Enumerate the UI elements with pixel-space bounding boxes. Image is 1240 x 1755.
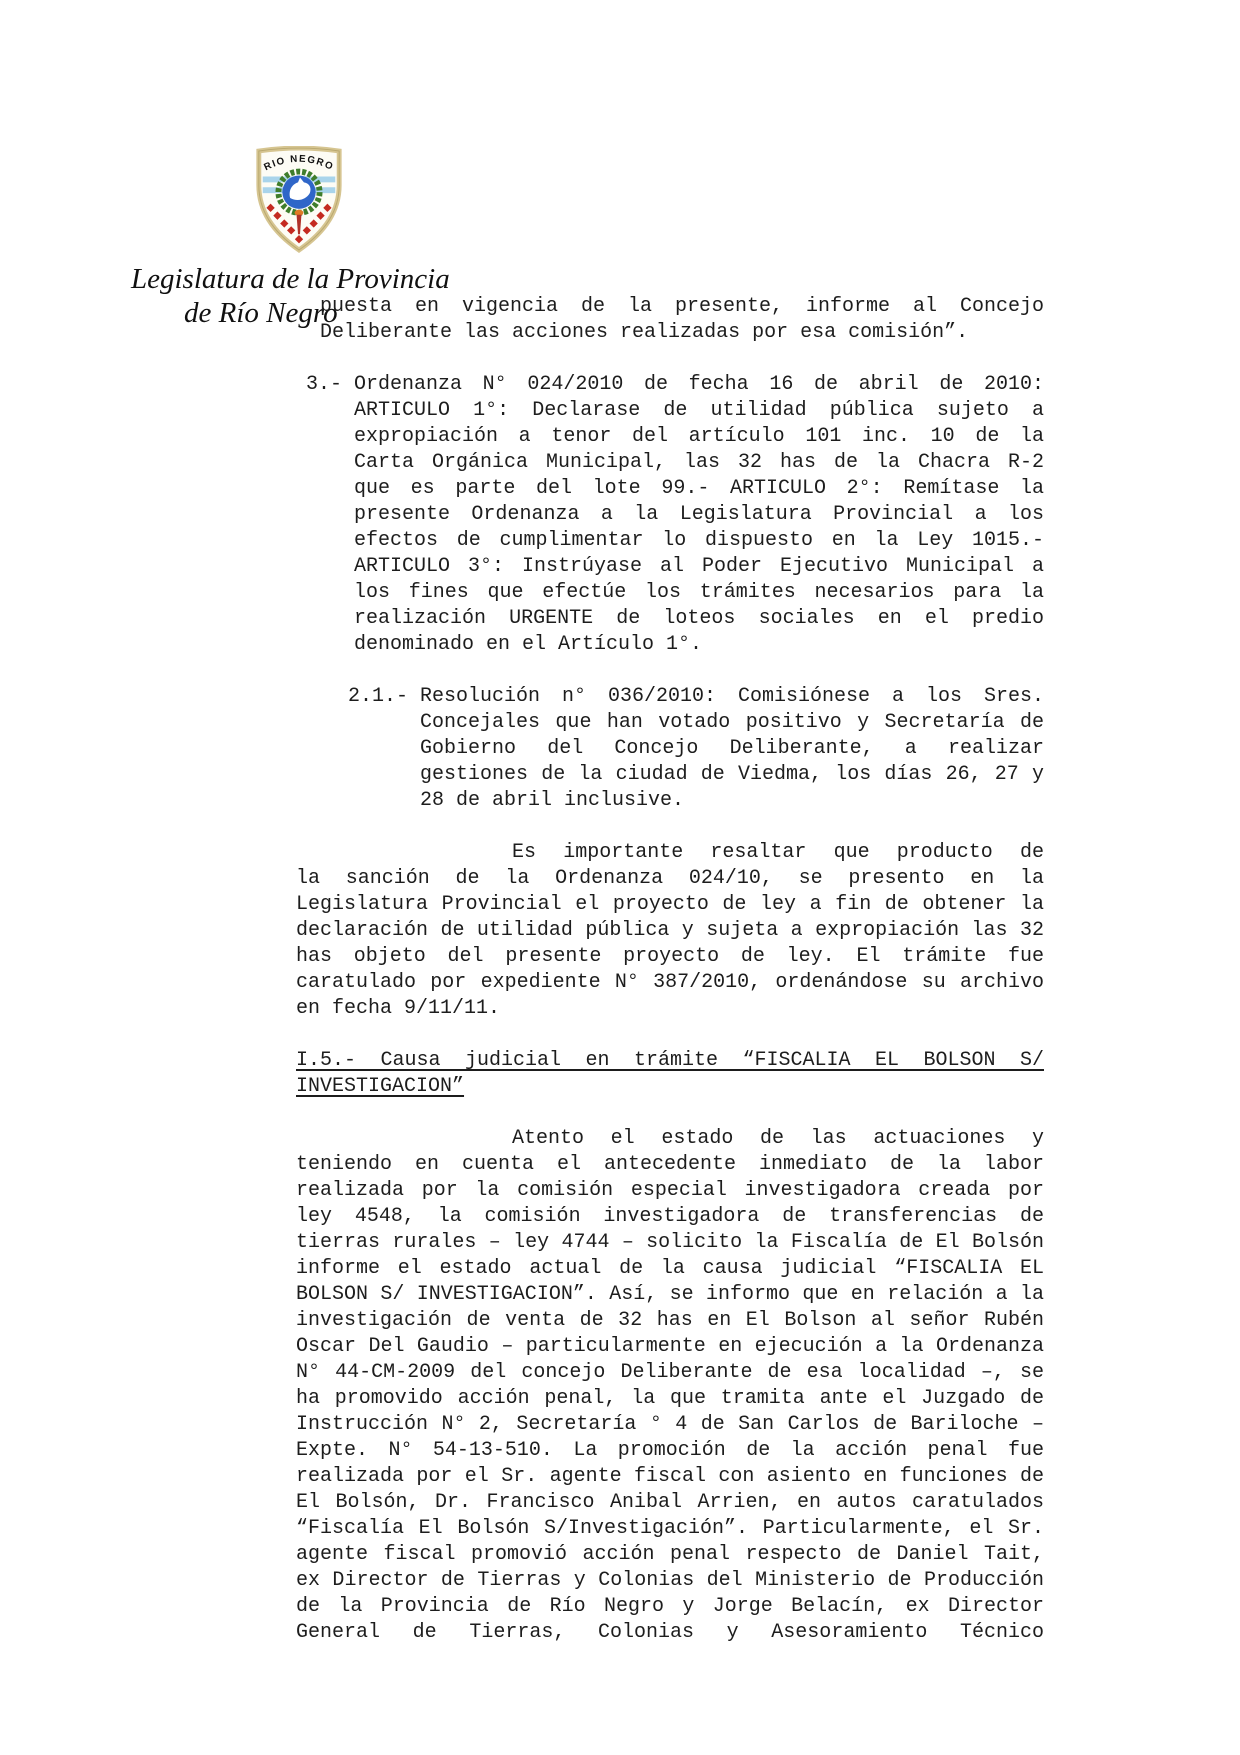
text-line: teniendo en cuenta el antecedente inmedi… <box>296 1152 1044 1178</box>
text-line: Deliberante las acciones realizadas por … <box>320 320 1044 346</box>
text-line: “Fiscalía El Bolsón S/Investigación”. Pa… <box>296 1516 1044 1542</box>
text-line: N° 44-CM-2009 del concejo Deliberante de… <box>296 1360 1044 1386</box>
ordinance-item-3: 3.-Ordenanza N° 024/2010 de fecha 16 de … <box>306 372 1044 658</box>
text-line: Carta Orgánica Municipal, las 32 has de … <box>354 450 1044 476</box>
rio-negro-shield-logo: RIO NEGRO <box>250 146 348 254</box>
text-line: Es importante resaltar que producto de <box>296 840 1044 866</box>
text-line: puesta en vigencia de la presente, infor… <box>320 294 1044 320</box>
text-line: ARTICULO 3°: Instrúyase al Poder Ejecuti… <box>354 554 1044 580</box>
text-line: Expte. N° 54-13-510. La promoción de la … <box>296 1438 1044 1464</box>
document-page: RIO NEGRO Legi <box>0 0 1240 1755</box>
text-line: General de Tierras, Colonias y Asesorami… <box>296 1620 1044 1646</box>
list-marker: 2.1.- <box>348 684 408 710</box>
text-line: expropiación a tenor del artículo 101 in… <box>354 424 1044 450</box>
list-marker: 3.- <box>306 372 342 398</box>
text-line: I.5.- Causa judicial en trámite “FISCALI… <box>296 1048 1044 1074</box>
text-line: efectos de cumplimentar lo dispuesto en … <box>354 528 1044 554</box>
text-line: informe el estado actual de la causa jud… <box>296 1256 1044 1282</box>
text-line: caratulado por expediente N° 387/2010, o… <box>296 970 1044 996</box>
text-line: de la Provincia de Río Negro y Jorge Bel… <box>296 1594 1044 1620</box>
org-name-line1: Legislatura de la Provincia <box>131 263 450 296</box>
text-line: ex Director de Tierras y Colonias del Mi… <box>296 1568 1044 1594</box>
resolution-item-2-1: 2.1.-Resolución n° 036/2010: Comisiónese… <box>348 684 1044 814</box>
text-line: Ordenanza N° 024/2010 de fecha 16 de abr… <box>354 372 1044 398</box>
text-line: 28 de abril inclusive. <box>420 788 1044 814</box>
text-line: realizada por el Sr. agente fiscal con a… <box>296 1464 1044 1490</box>
text-line: declaración de utilidad pública y sujeta… <box>296 918 1044 944</box>
section-heading-i5: I.5.- Causa judicial en trámite “FISCALI… <box>296 1048 1044 1100</box>
continuation-paragraph: puesta en vigencia de la presente, infor… <box>296 294 1044 346</box>
document-body: puesta en vigencia de la presente, infor… <box>296 294 1044 1646</box>
text-line: presente Ordenanza a la Legislatura Prov… <box>354 502 1044 528</box>
text-line: Concejales que han votado positivo y Sec… <box>420 710 1044 736</box>
text-line: denominado en el Artículo 1°. <box>354 632 1044 658</box>
body-paragraph-causa-judicial: Atento el estado de las actuaciones yten… <box>296 1126 1044 1646</box>
text-line: ha promovido acción penal, la que tramit… <box>296 1386 1044 1412</box>
text-line: El Bolsón, Dr. Francisco Anibal Arrien, … <box>296 1490 1044 1516</box>
text-line: Legislatura Provincial el proyecto de le… <box>296 892 1044 918</box>
text-line: la sanción de la Ordenanza 024/10, se pr… <box>296 866 1044 892</box>
text-line: tierras rurales – ley 4744 – solicito la… <box>296 1230 1044 1256</box>
text-line: realización URGENTE de loteos sociales e… <box>354 606 1044 632</box>
text-line: que es parte del lote 99.- ARTICULO 2°: … <box>354 476 1044 502</box>
text-line: ARTICULO 1°: Declarase de utilidad públi… <box>354 398 1044 424</box>
body-paragraph-ordenanza: Es importante resaltar que producto dela… <box>296 840 1044 1022</box>
text-line: Instrucción N° 2, Secretaría ° 4 de San … <box>296 1412 1044 1438</box>
text-line: INVESTIGACION” <box>296 1074 464 1100</box>
text-line: gestiones de la ciudad de Viedma, los dí… <box>420 762 1044 788</box>
shield-icon: RIO NEGRO <box>250 146 348 254</box>
text-line: ley 4548, la comisión investigadora de t… <box>296 1204 1044 1230</box>
text-line: en fecha 9/11/11. <box>296 996 1044 1022</box>
text-line: Gobierno del Concejo Deliberante, a real… <box>420 736 1044 762</box>
text-line: BOLSON S/ INVESTIGACION”. Así, se inform… <box>296 1282 1044 1308</box>
text-line: has objeto del presente proyecto de ley.… <box>296 944 1044 970</box>
text-line: Oscar Del Gaudio – particularmente en ej… <box>296 1334 1044 1360</box>
text-line: Resolución n° 036/2010: Comisiónese a lo… <box>420 684 1044 710</box>
text-line: los fines que efectúe los trámites neces… <box>354 580 1044 606</box>
text-line: realizada por la comisión especial inves… <box>296 1178 1044 1204</box>
text-line: investigación de venta de 32 has en El B… <box>296 1308 1044 1334</box>
text-line: agente fiscal promovió acción penal resp… <box>296 1542 1044 1568</box>
text-line: Atento el estado de las actuaciones y <box>296 1126 1044 1152</box>
